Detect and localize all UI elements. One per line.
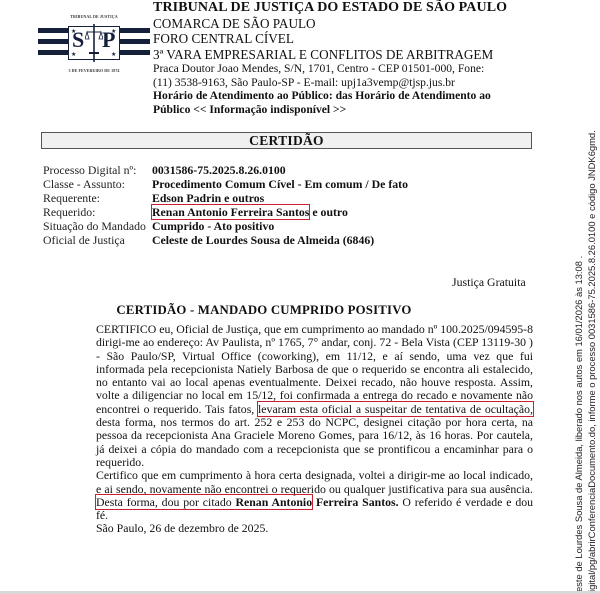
field-value: Procedimento Comum Cível - Em comum / De… bbox=[152, 178, 408, 192]
paragraph-text: Certifico que em cumprimento à hora cert… bbox=[96, 468, 533, 495]
logo-stripe bbox=[38, 39, 68, 44]
paragraph-2: Certifico que em cumprimento à hora cert… bbox=[96, 469, 533, 522]
vara: 3ª VARA EMPRESARIAL E CONFLITOS DE ARBIT… bbox=[153, 47, 573, 63]
highlighted-name: Renan Antonio Ferreira Santos bbox=[152, 205, 309, 219]
logo-letter-p: P bbox=[102, 29, 115, 51]
address-line-1: Praca Doutor Joao Mendes, S/N, 1701, Cen… bbox=[153, 62, 573, 76]
field-value: Edson Padrin e outros bbox=[152, 192, 264, 206]
field-row: Situação do Mandado Cumprido - Ato posit… bbox=[43, 220, 408, 234]
logo-stripe bbox=[120, 28, 150, 33]
section-title: CERTIDÃO - MANDADO CUMPRIDO POSITIVO bbox=[0, 303, 600, 318]
field-row: Classe - Assunto: Procedimento Comum Cív… bbox=[43, 178, 408, 192]
paragraph-1: CERTIFICO eu, Oficial de Justiça, que em… bbox=[96, 323, 533, 469]
paragraph-text: desta forma, nos termos do art. 252 e 25… bbox=[96, 415, 533, 469]
document-page: TRIBUNAL DE JUSTIÇA ★ ★ ★ ★ S P 3 DE FEV… bbox=[0, 0, 600, 594]
logo-stripe bbox=[120, 50, 150, 55]
side-signature-text: este de Lourdes Sousa de Almeida, libera… bbox=[573, 12, 598, 592]
tjsp-logo: TRIBUNAL DE JUSTIÇA ★ ★ ★ ★ S P 3 DE FEV… bbox=[38, 4, 150, 76]
case-fields: Processo Digital nº: 0031586-75.2025.8.2… bbox=[43, 164, 408, 247]
star-icon: ★ bbox=[111, 52, 116, 58]
field-label: Oficial de Justiça bbox=[43, 234, 152, 248]
field-row: Requerente: Edson Padrin e outros bbox=[43, 192, 408, 206]
field-row: Requerido: Renan Antonio Ferreira Santos… bbox=[43, 206, 408, 220]
field-label: Requerente: bbox=[43, 192, 152, 206]
field-row: Oficial de Justiça Celeste de Lourdes So… bbox=[43, 234, 408, 248]
section-title-text: CERTIDÃO - MANDADO CUMPRIDO POSITIVO bbox=[116, 303, 411, 317]
star-icon: ★ bbox=[71, 52, 76, 58]
field-value: Cumprido - Ato positivo bbox=[152, 220, 274, 234]
field-label: Processo Digital nº: bbox=[43, 164, 152, 178]
court-header: TRIBUNAL DE JUSTIÇA DO ESTADO DE SÃO PAU… bbox=[153, 0, 573, 116]
field-label: Situação do Mandado bbox=[43, 220, 152, 234]
name-continuation: Ferreira Santos. bbox=[316, 495, 399, 509]
paragraph-text: Desta forma, dou por citado bbox=[96, 495, 235, 509]
logo-caption-top: TRIBUNAL DE JUSTIÇA bbox=[38, 14, 150, 19]
hours-line-1: Horário de Atendimento ao Público: das H… bbox=[153, 89, 573, 103]
field-value: Celeste de Lourdes Sousa de Almeida (684… bbox=[152, 234, 374, 248]
comarca: COMARCA DE SÃO PAULO bbox=[153, 16, 573, 32]
logo-letter-s: S bbox=[72, 29, 84, 51]
address-line-2: (11) 3538-9163, São Paulo-SP - E-mail: u… bbox=[153, 76, 573, 90]
certidao-title-box: CERTIDÃO bbox=[41, 132, 532, 149]
highlighted-phrase: Desta forma, dou por citado Renan Antoni… bbox=[96, 495, 312, 509]
side-text-line-1: este de Lourdes Sousa de Almeida, libera… bbox=[573, 12, 586, 592]
field-value-rest: e outro bbox=[309, 205, 347, 219]
highlighted-phrase: levaram esta oficial a suspeitar de tent… bbox=[258, 402, 533, 416]
foro: FORO CENTRAL CÍVEL bbox=[153, 31, 573, 47]
field-label: Requerido: bbox=[43, 206, 152, 220]
field-value: 0031586-75.2025.8.26.0100 bbox=[152, 164, 286, 178]
scales-of-justice-icon bbox=[85, 22, 103, 66]
highlighted-name: Renan Antonio bbox=[235, 495, 312, 509]
date-line: São Paulo, 26 de dezembro de 2025. bbox=[96, 522, 533, 535]
field-label: Classe - Assunto: bbox=[43, 178, 152, 192]
court-name: TRIBUNAL DE JUSTIÇA DO ESTADO DE SÃO PAU… bbox=[153, 0, 573, 16]
logo-stripe bbox=[38, 28, 68, 33]
hours-line-2: Público << Informação indisponível >> bbox=[153, 103, 573, 117]
field-row: Processo Digital nº: 0031586-75.2025.8.2… bbox=[43, 164, 408, 178]
logo-stripe bbox=[38, 50, 68, 55]
logo-stripe bbox=[120, 39, 150, 44]
justica-gratuita-label: Justiça Gratuita bbox=[452, 275, 526, 290]
side-text-line-2: igital/pg/abrirConferenciaDocumento.do, … bbox=[586, 12, 599, 592]
logo-caption-bottom: 3 DE FEVEREIRO DE 1874 bbox=[38, 68, 150, 73]
field-value: Renan Antonio Ferreira Santos e outro bbox=[152, 206, 348, 220]
certificate-body: CERTIFICO eu, Oficial de Justiça, que em… bbox=[96, 323, 533, 536]
